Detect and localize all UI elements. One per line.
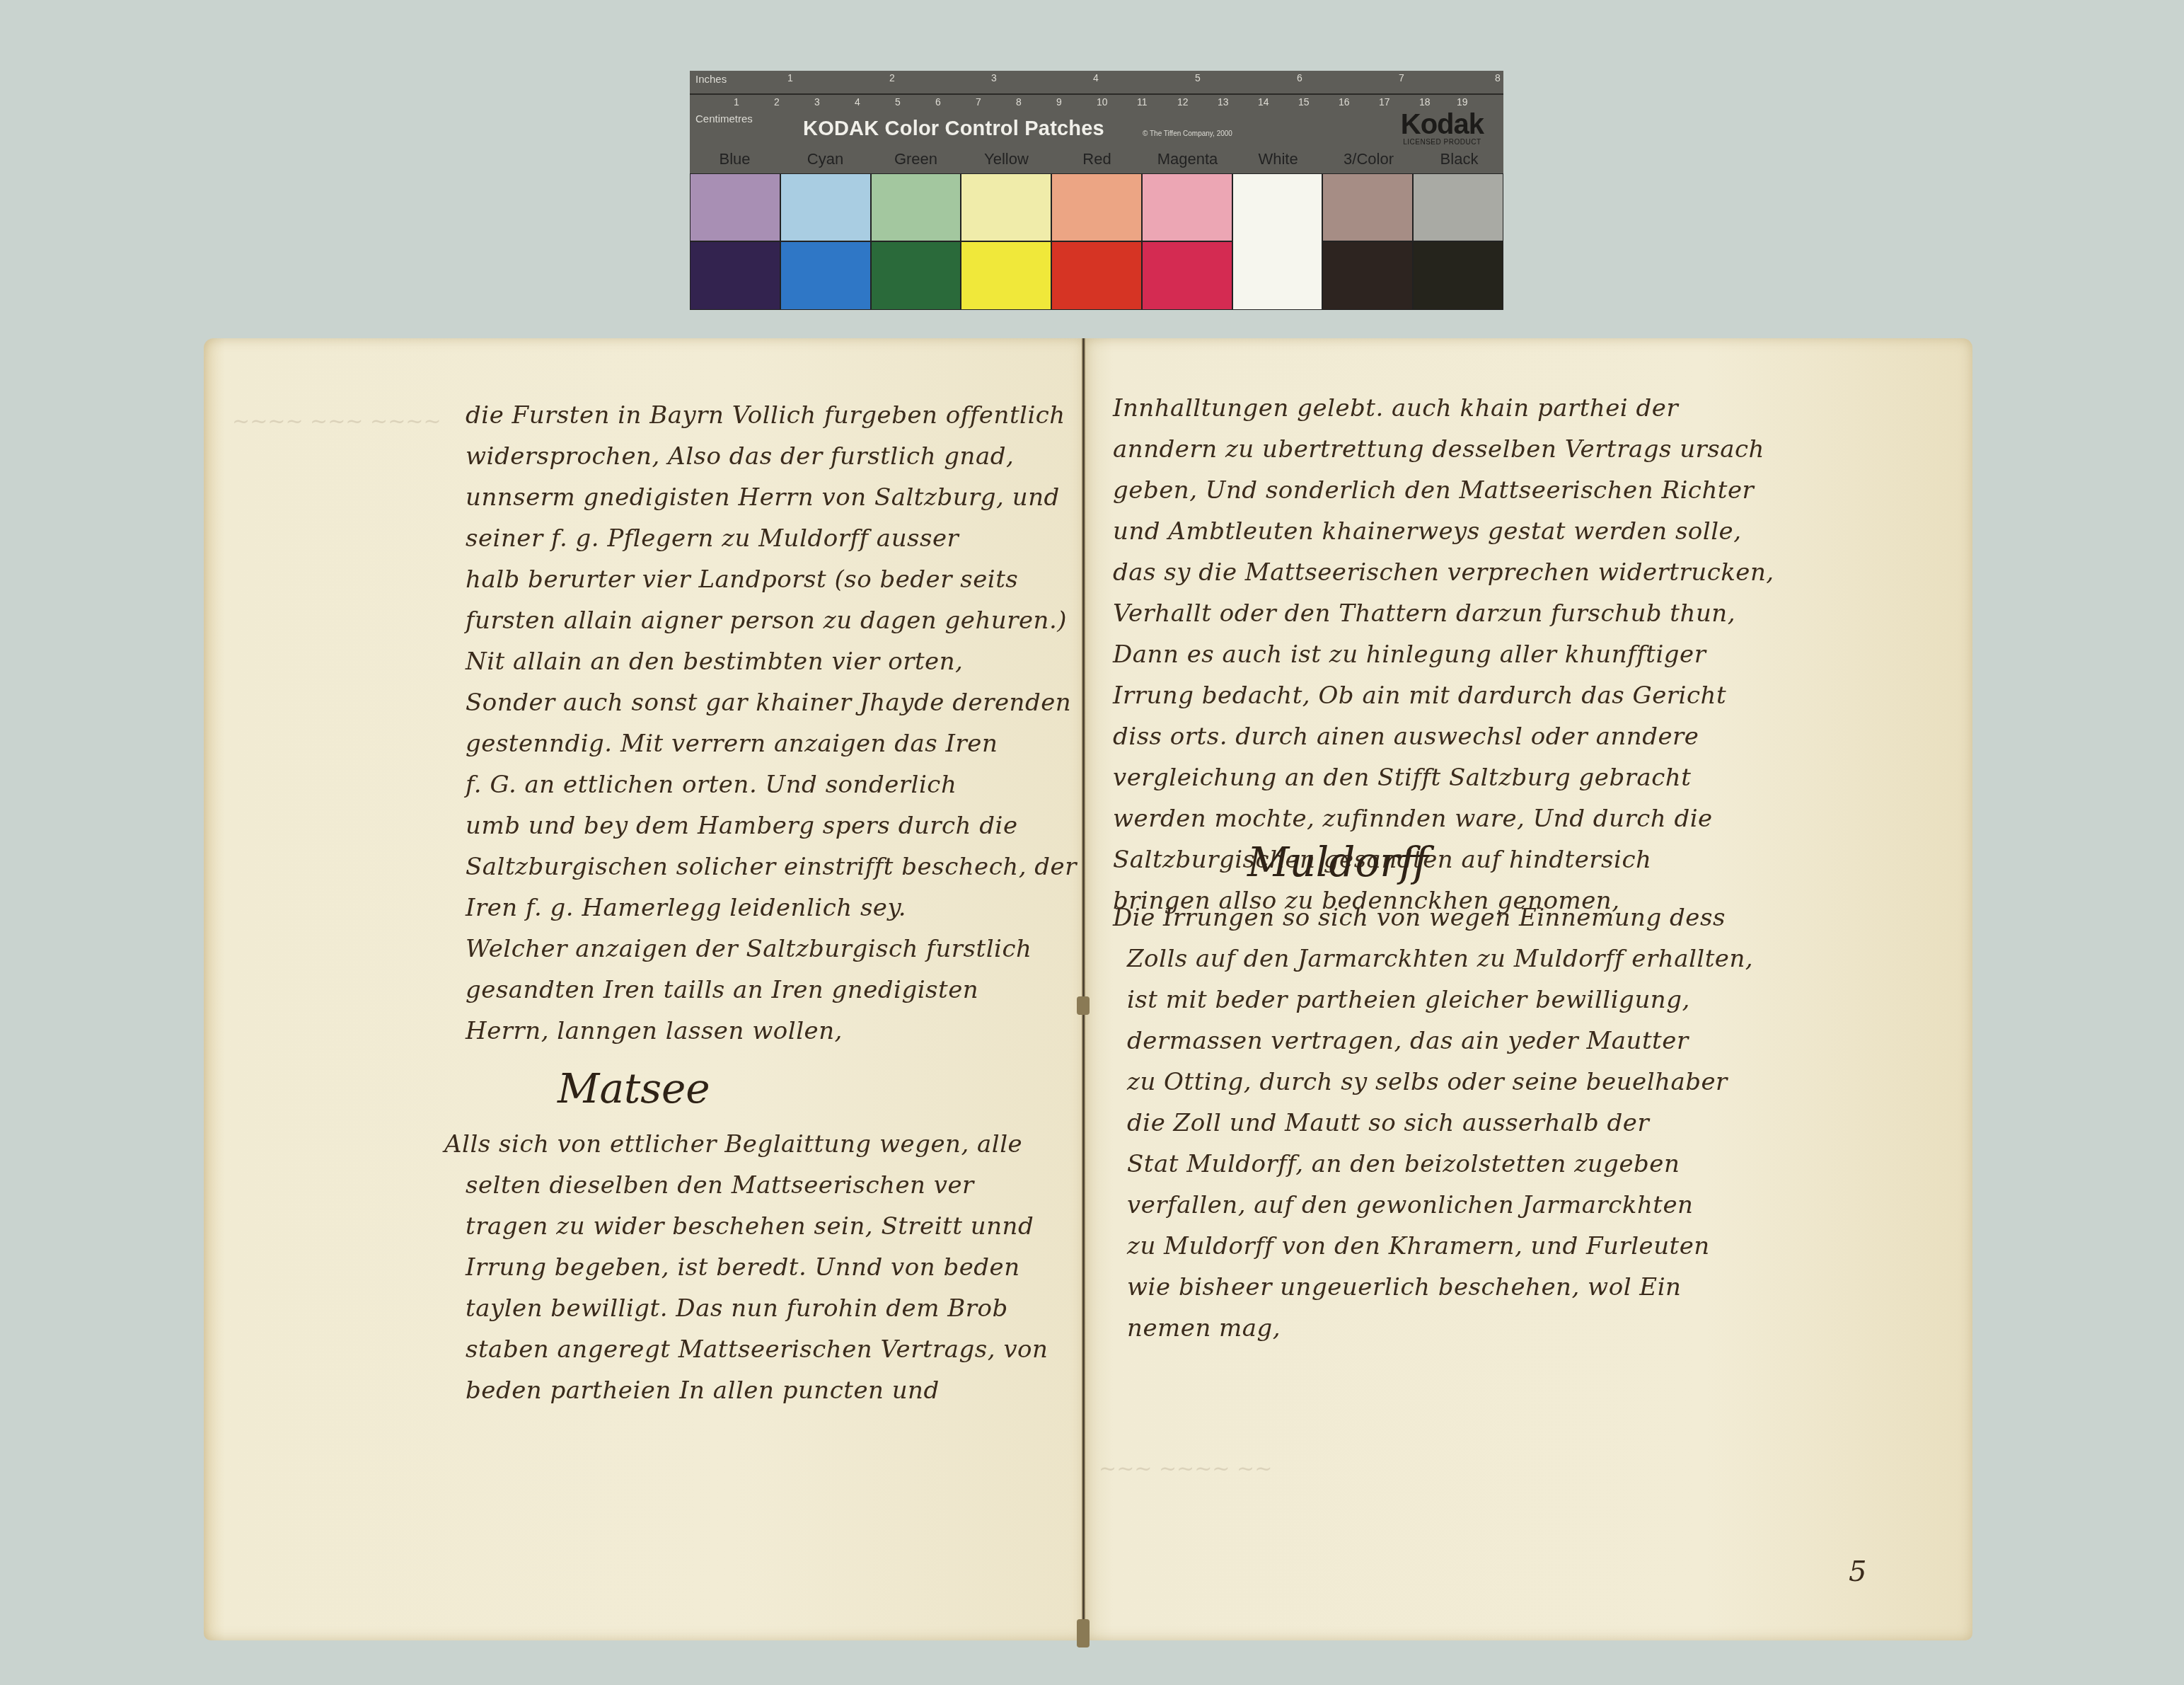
patch-label: Yellow	[961, 150, 1051, 168]
text-line: Herrn, lanngen lassen wollen,	[466, 1011, 1077, 1052]
text-line: staben angeregt Mattseerischen Vertrags,…	[444, 1329, 1048, 1370]
binding-stitch	[1077, 996, 1090, 1015]
text-line: taylen bewilligt. Das nun furohin dem Br…	[444, 1288, 1048, 1329]
text-line: f. G. an ettlichen orten. Und sonderlich	[466, 764, 1077, 805]
chart-title: KODAK Color Control Patches	[803, 117, 1104, 141]
patch-label: White	[1233, 150, 1323, 168]
patch-magenta-light	[1143, 174, 1232, 241]
text-line: Innhalltungen gelebt. auch khain parthei…	[1113, 388, 1774, 429]
copyright-text: © The Tiffen Company, 2000	[1143, 130, 1232, 138]
cm-tick: 6	[935, 96, 941, 108]
text-line: wie bisheer ungeuerlich beschehen, wol E…	[1113, 1267, 1753, 1308]
text-line: verfallen, auf den gewonlichen Jarmarckh…	[1113, 1185, 1753, 1226]
manuscript-spread: ~~~~ ~~~ ~~~~ die Fursten in Bayrn Volli…	[204, 338, 1972, 1640]
text-line: Nit allain an den bestimbten vier orten,	[466, 641, 1077, 682]
text-line: die Fursten in Bayrn Vollich furgeben of…	[466, 395, 1077, 436]
patch-label: Blue	[690, 150, 780, 168]
patch-blue-dark	[691, 242, 780, 309]
section-heading-muldorff: Muldorff	[1247, 834, 1428, 890]
patch-white-light	[1233, 174, 1322, 309]
cm-tick: 9	[1056, 96, 1062, 108]
text-line: Saltzburgischen gesandten auf hindtersic…	[1113, 839, 1774, 880]
patch-red-dark	[1052, 242, 1141, 309]
cm-tick: 13	[1218, 96, 1229, 108]
patch-green-light	[872, 174, 961, 241]
text-line: Dann es auch ist zu hinlegung aller khun…	[1113, 634, 1774, 675]
patch-label: Magenta	[1143, 150, 1232, 168]
cm-tick: 15	[1298, 96, 1310, 108]
text-line: widersprochen, Also das der furstlich gn…	[466, 436, 1077, 477]
cm-tick: 17	[1379, 96, 1390, 108]
text-line: anndern zu ubertrettung desselben Vertra…	[1113, 429, 1774, 470]
cm-tick: 4	[855, 96, 860, 108]
text-line: zu Muldorff von den Khramern, und Furleu…	[1113, 1226, 1753, 1267]
patch-yellow-dark	[961, 242, 1051, 309]
text-line: Saltzburgischen solicher einstrifft besc…	[466, 846, 1077, 887]
text-line: tragen zu wider beschehen sein, Streitt …	[444, 1206, 1048, 1247]
cm-tick: 16	[1339, 96, 1350, 108]
text-line: diss orts. durch ainen auswechsl oder an…	[1113, 716, 1774, 757]
patch-cyan-light	[781, 174, 870, 241]
text-line: Welcher anzaigen der Saltzburgisch furst…	[466, 928, 1077, 970]
text-line: Sonder auch sonst gar khainer Jhayde der…	[466, 682, 1077, 723]
text-line: gestenndig. Mit verrern anzaigen das Ire…	[466, 723, 1077, 764]
right-page-text-top: Innhalltungen gelebt. auch khain parthei…	[1113, 388, 1774, 921]
inch-tick: 5	[1195, 72, 1201, 84]
inch-tick: 1	[787, 72, 793, 84]
cm-tick: 11	[1137, 96, 1148, 108]
text-line: das sy die Mattseerischen verprechen wid…	[1113, 552, 1774, 593]
inch-tick: 4	[1093, 72, 1099, 84]
text-line: selten dieselben den Mattseerischen ver	[444, 1165, 1048, 1206]
page-number: 5	[1849, 1555, 1866, 1588]
patch-label: Red	[1052, 150, 1142, 168]
text-line: seiner f. g. Pflegern zu Muldorff ausser	[466, 518, 1077, 559]
patch-green-dark	[872, 242, 961, 309]
patch-3-color-dark	[1323, 242, 1412, 309]
text-line: Irrung begeben, ist beredt. Unnd von bed…	[444, 1247, 1048, 1288]
text-line: die Zoll und Mautt so sich ausserhalb de…	[1113, 1103, 1753, 1144]
inch-tick: 8	[1495, 72, 1501, 84]
text-line: beden partheien In allen puncten und	[444, 1370, 1048, 1411]
patch-label: Green	[871, 150, 961, 168]
bleed-through-text: ~~~~ ~~~ ~~~~	[232, 409, 441, 434]
cm-tick: 5	[895, 96, 901, 108]
brand-subtitle: LICENSED PRODUCT	[1401, 139, 1484, 146]
cm-tick: 8	[1016, 96, 1022, 108]
inch-tick: 6	[1297, 72, 1302, 84]
centimetres-label: Centimetres	[695, 113, 753, 125]
cm-tick: 1	[734, 96, 739, 108]
cm-tick: 19	[1457, 96, 1468, 108]
inch-tick: 3	[991, 72, 997, 84]
text-line: Zolls auf den Jarmarckhten zu Muldorff e…	[1113, 938, 1753, 979]
kodak-logo: Kodak LICENSED PRODUCT	[1401, 110, 1484, 146]
color-patches	[690, 173, 1503, 310]
text-line: zu Otting, durch sy selbs oder seine beu…	[1113, 1062, 1753, 1103]
cm-tick: 3	[814, 96, 820, 108]
text-line: umb und bey dem Hamberg spers durch die	[466, 805, 1077, 846]
text-line: fursten allain aigner person zu dagen ge…	[466, 600, 1077, 641]
text-line: Alls sich von ettlicher Beglaittung wege…	[444, 1124, 1048, 1165]
text-line: nemen mag,	[1113, 1308, 1753, 1349]
left-page-text-bottom: Alls sich von ettlicher Beglaittung wege…	[444, 1124, 1048, 1411]
text-line: gesandten Iren taills an Iren gnedigiste…	[466, 970, 1077, 1011]
patch-black-dark	[1414, 242, 1503, 309]
cm-tick: 14	[1258, 96, 1269, 108]
text-line: ist mit beder partheien gleicher bewilli…	[1113, 979, 1753, 1020]
patch-label: 3/Color	[1324, 150, 1414, 168]
text-line: halb berurter vier Landporst (so beder s…	[466, 559, 1077, 600]
patch-black-light	[1414, 174, 1503, 241]
cm-tick: 12	[1177, 96, 1189, 108]
binding-fold	[1082, 338, 1085, 1640]
patch-label: Cyan	[780, 150, 870, 168]
right-page: Innhalltungen gelebt. auch khain parthei…	[1085, 338, 1972, 1640]
cm-tick: 18	[1419, 96, 1431, 108]
patch-cyan-dark	[781, 242, 870, 309]
patch-yellow-light	[961, 174, 1051, 241]
inch-tick: 2	[889, 72, 895, 84]
inch-tick: 7	[1399, 72, 1404, 84]
ruler-divider	[690, 93, 1503, 95]
left-page: ~~~~ ~~~ ~~~~ die Fursten in Bayrn Volli…	[204, 338, 1085, 1640]
binding-stitch	[1077, 1619, 1090, 1647]
text-line: Die Irrungen so sich von wegen Einnemung…	[1113, 897, 1753, 938]
text-line: und Ambtleuten khainerweys gestat werden…	[1113, 511, 1774, 552]
patch-red-light	[1052, 174, 1141, 241]
cm-tick: 7	[976, 96, 981, 108]
text-line: dermassen vertragen, das ain yeder Mautt…	[1113, 1020, 1753, 1062]
brand-name: Kodak	[1401, 110, 1484, 139]
right-page-text-bottom: Die Irrungen so sich von wegen Einnemung…	[1113, 897, 1753, 1349]
text-line: geben, Und sonderlich den Mattseerischen…	[1113, 470, 1774, 511]
patch-3-color-light	[1323, 174, 1412, 241]
patch-blue-light	[691, 174, 780, 241]
text-line: Irrung bedacht, Ob ain mit dardurch das …	[1113, 675, 1774, 716]
text-line: Stat Muldorff, an den beizolstetten zuge…	[1113, 1144, 1753, 1185]
section-heading-matsee: Matsee	[557, 1060, 710, 1117]
bleed-through-text: ~~~ ~~~~ ~~	[1099, 1456, 1272, 1481]
text-line: vergleichung an den Stifft Saltzburg geb…	[1113, 757, 1774, 798]
cm-tick: 2	[774, 96, 780, 108]
text-line: unnserm gnedigisten Herrn von Saltzburg,…	[466, 477, 1077, 518]
ruler-band: Inches 1 2 3 4 5 6 7 8 1 2 3 4 5 6 7 8 9…	[690, 71, 1503, 173]
left-page-text-top: die Fursten in Bayrn Vollich furgeben of…	[466, 395, 1077, 1052]
heading-text: Matsee	[557, 1060, 710, 1117]
text-line: Verhallt oder den Thattern darzun fursch…	[1113, 593, 1774, 634]
inches-label: Inches	[695, 74, 727, 86]
kodak-color-chart: Inches 1 2 3 4 5 6 7 8 1 2 3 4 5 6 7 8 9…	[690, 71, 1503, 310]
patch-label: Black	[1414, 150, 1504, 168]
cm-tick: 10	[1097, 96, 1108, 108]
text-line: Iren f. g. Hamerlegg leidenlich sey.	[466, 887, 1077, 928]
patch-labels: Blue Cyan Green Yellow Red Magenta White…	[690, 150, 1503, 170]
text-line: werden mochte, zufinnden ware, Und durch…	[1113, 798, 1774, 839]
heading-text: Muldorff	[1247, 834, 1428, 890]
patch-magenta-dark	[1143, 242, 1232, 309]
